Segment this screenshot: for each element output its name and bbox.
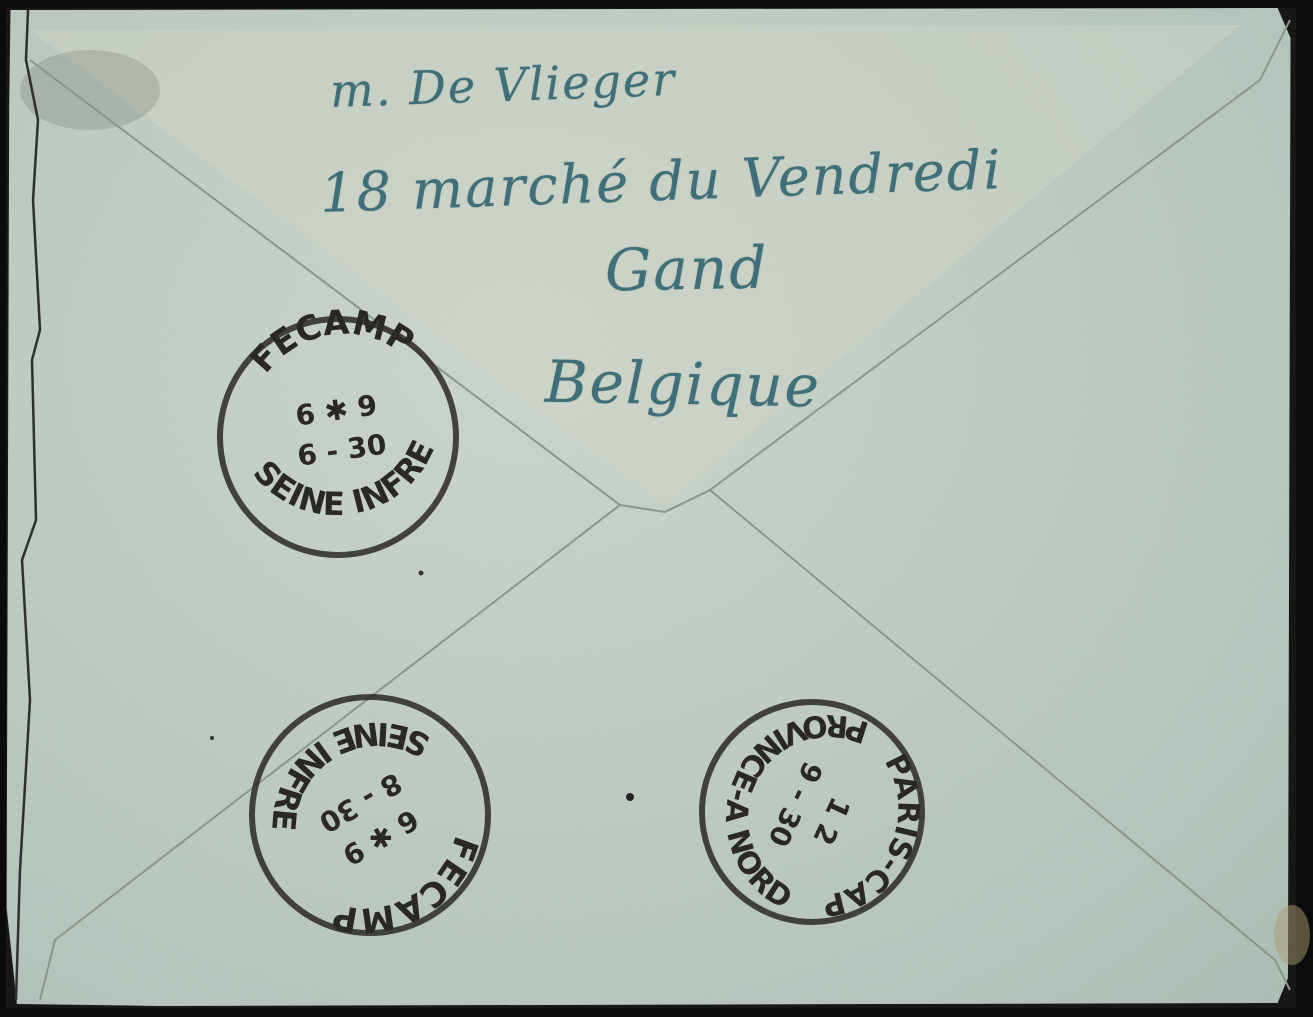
- ink-speck: [626, 793, 634, 801]
- stain: [1274, 905, 1310, 965]
- ink-speck: [419, 571, 424, 576]
- address-country: Belgique: [544, 348, 821, 421]
- ink-speck: [210, 736, 214, 740]
- address-city: Gand: [604, 234, 769, 305]
- smudge: [20, 50, 160, 130]
